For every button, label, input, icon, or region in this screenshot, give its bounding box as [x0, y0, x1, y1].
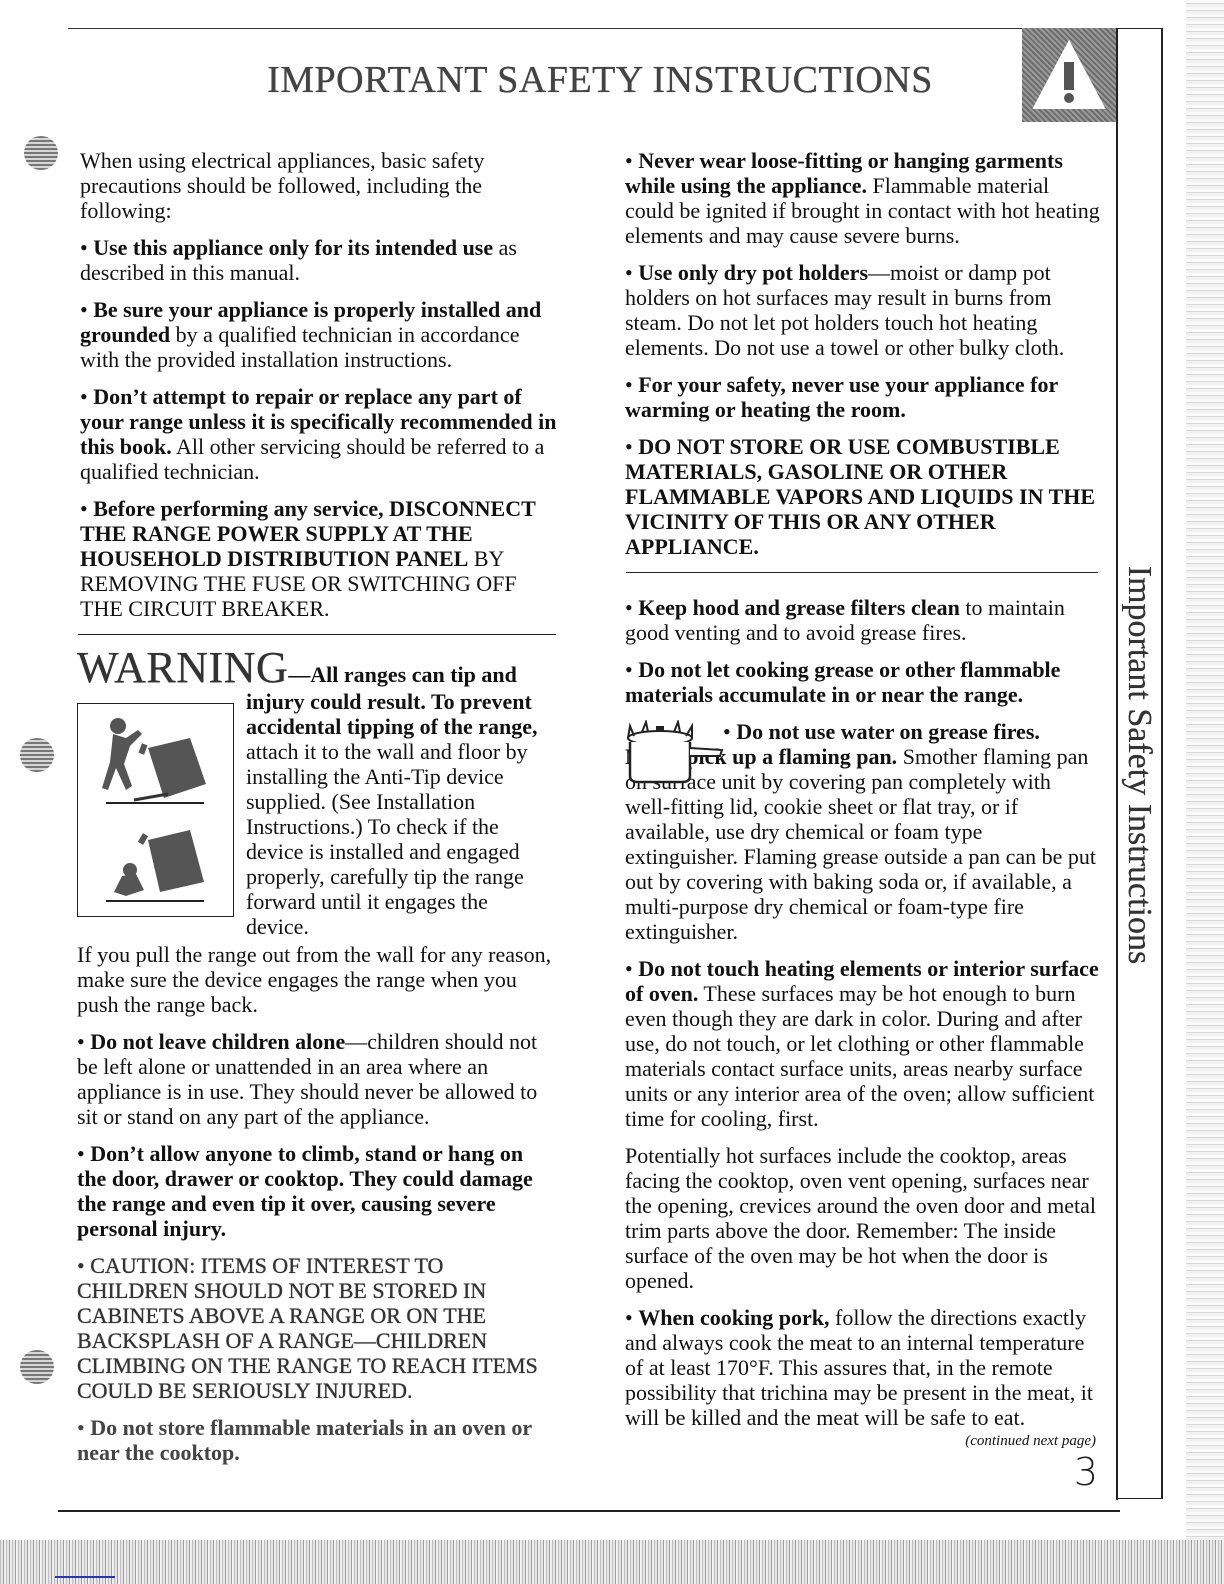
- flaming-pan-icon: [620, 720, 726, 786]
- side-tab: Important Safety Instructions: [1118, 530, 1160, 1000]
- paragraph: If you pull the range out from the wall …: [77, 942, 557, 1017]
- list-item: • Before performing any service, DISCONN…: [80, 496, 558, 621]
- left-column: When using electrical appliances, basic …: [80, 148, 558, 633]
- list-item: • Do not leave children alone—children s…: [77, 1029, 557, 1129]
- scan-noise-artifact: [0, 1540, 1224, 1584]
- list-item: • When cooking pork, follow the directio…: [625, 1305, 1100, 1430]
- section-divider: [78, 634, 556, 635]
- list-item: • Do not touch heating elements or inter…: [625, 956, 1100, 1131]
- list-item: • DO NOT STORE OR USE COMBUSTIBLE MATERI…: [625, 434, 1100, 559]
- scan-blue-mark: [55, 1576, 115, 1578]
- side-tab-border-top: [1118, 28, 1162, 29]
- paragraph: Potentially hot surfaces include the coo…: [625, 1143, 1100, 1293]
- warning-word: WARNING: [77, 643, 288, 692]
- scan-edge-artifact: [1186, 0, 1224, 1540]
- page-title: IMPORTANT SAFETY INSTRUCTIONS: [240, 58, 960, 102]
- right-column: • Never wear loose-fitting or hanging ga…: [625, 148, 1100, 571]
- list-item: • Use this appliance only for its intend…: [80, 235, 558, 285]
- intro-paragraph: When using electrical appliances, basic …: [80, 148, 558, 223]
- bottom-rule: [58, 1510, 1120, 1512]
- list-item: • For your safety, never use your applia…: [625, 372, 1100, 422]
- warning-triangle-icon: [1022, 28, 1116, 122]
- caution-item: • CAUTION: ITEMS OF INTEREST TO CHILDREN…: [77, 1253, 557, 1403]
- page-number: 3: [1050, 1450, 1098, 1494]
- warning-lead: —All ranges can tip and: [288, 662, 517, 687]
- section-divider: [626, 572, 1098, 573]
- list-item: • Do not store flammable materials in an…: [77, 1415, 557, 1465]
- hole-punch-icon: [24, 136, 58, 170]
- hole-punch-icon: [20, 738, 54, 772]
- range-tipping-illustration: [77, 703, 234, 917]
- list-item: • Never wear loose-fitting or hanging ga…: [625, 148, 1100, 248]
- list-item: • Use only dry pot holders—moist or damp…: [625, 260, 1100, 360]
- list-item: • Do not let cooking grease or other fla…: [625, 657, 1100, 707]
- left-column-lower: If you pull the range out from the wall …: [77, 942, 557, 1477]
- top-rule: [68, 28, 1118, 29]
- list-item: • Be sure your appliance is properly ins…: [80, 297, 558, 372]
- side-tab-border-bottom: [1118, 1498, 1162, 1499]
- warning-text: injury could result. To prevent accident…: [246, 689, 556, 939]
- warning-heading: WARNING—All ranges can tip and: [77, 642, 557, 693]
- side-tab-label: Important Safety Instructions: [1120, 566, 1158, 964]
- hole-punch-icon: [20, 1350, 54, 1384]
- side-tab-border-right: [1161, 28, 1163, 1499]
- continued-note: (continued next page): [900, 1433, 1096, 1450]
- list-item: • Don’t attempt to repair or replace any…: [80, 384, 558, 484]
- list-item: • Keep hood and grease filters clean to …: [625, 595, 1100, 645]
- list-item: • Don’t allow anyone to climb, stand or …: [77, 1141, 557, 1241]
